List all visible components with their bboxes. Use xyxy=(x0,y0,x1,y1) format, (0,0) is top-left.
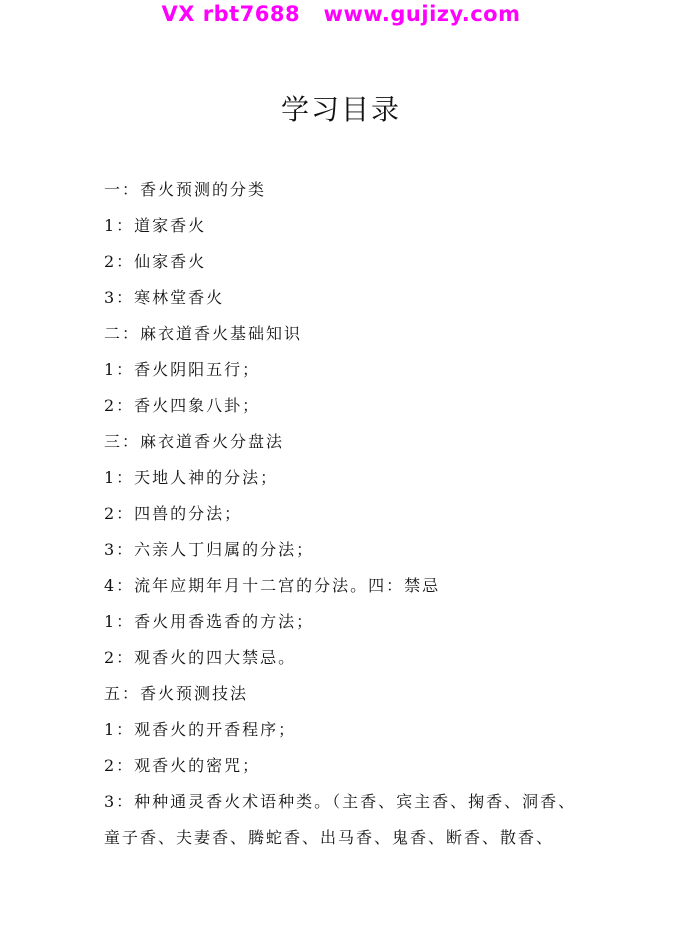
toc-section-1: 一：香火预测的分类 xyxy=(104,177,604,213)
toc-item: 3：六亲人丁归属的分法； xyxy=(104,537,604,573)
toc-item: 2：香火四象八卦； xyxy=(104,393,604,429)
toc-item: 2：四兽的分法； xyxy=(104,501,604,537)
toc-item: 1：香火用香选香的方法； xyxy=(104,609,604,645)
toc-section-2: 二：麻衣道香火基础知识 xyxy=(104,321,604,357)
toc-item: 3：寒林堂香火 xyxy=(104,285,604,321)
toc-item-continued: 童子香、夫妻香、腾蛇香、出马香、鬼香、断香、散香、 xyxy=(104,825,604,861)
table-of-contents: 一：香火预测的分类 1：道家香火 2：仙家香火 3：寒林堂香火 二：麻衣道香火基… xyxy=(104,177,604,861)
toc-item: 2：仙家香火 xyxy=(104,249,604,285)
toc-item: 1：观香火的开香程序； xyxy=(104,717,604,753)
toc-section-3: 三：麻衣道香火分盘法 xyxy=(104,429,604,465)
toc-item: 4：流年应期年月十二宫的分法。四：禁忌 xyxy=(104,573,604,609)
watermark-text: VX rbt7688 www.gujizy.com xyxy=(0,2,682,26)
toc-section-5: 五：香火预测技法 xyxy=(104,681,604,717)
toc-item: 3：种种通灵香火术语种类。（主香、宾主香、掬香、洞香、 xyxy=(104,789,604,825)
toc-item: 2：观香火的密咒； xyxy=(104,753,604,789)
toc-item: 1：香火阴阳五行； xyxy=(104,357,604,393)
toc-item: 1：天地人神的分法； xyxy=(104,465,604,501)
toc-item: 1：道家香火 xyxy=(104,213,604,249)
page-title: 学习目录 xyxy=(0,88,682,128)
toc-item: 2：观香火的四大禁忌。 xyxy=(104,645,604,681)
